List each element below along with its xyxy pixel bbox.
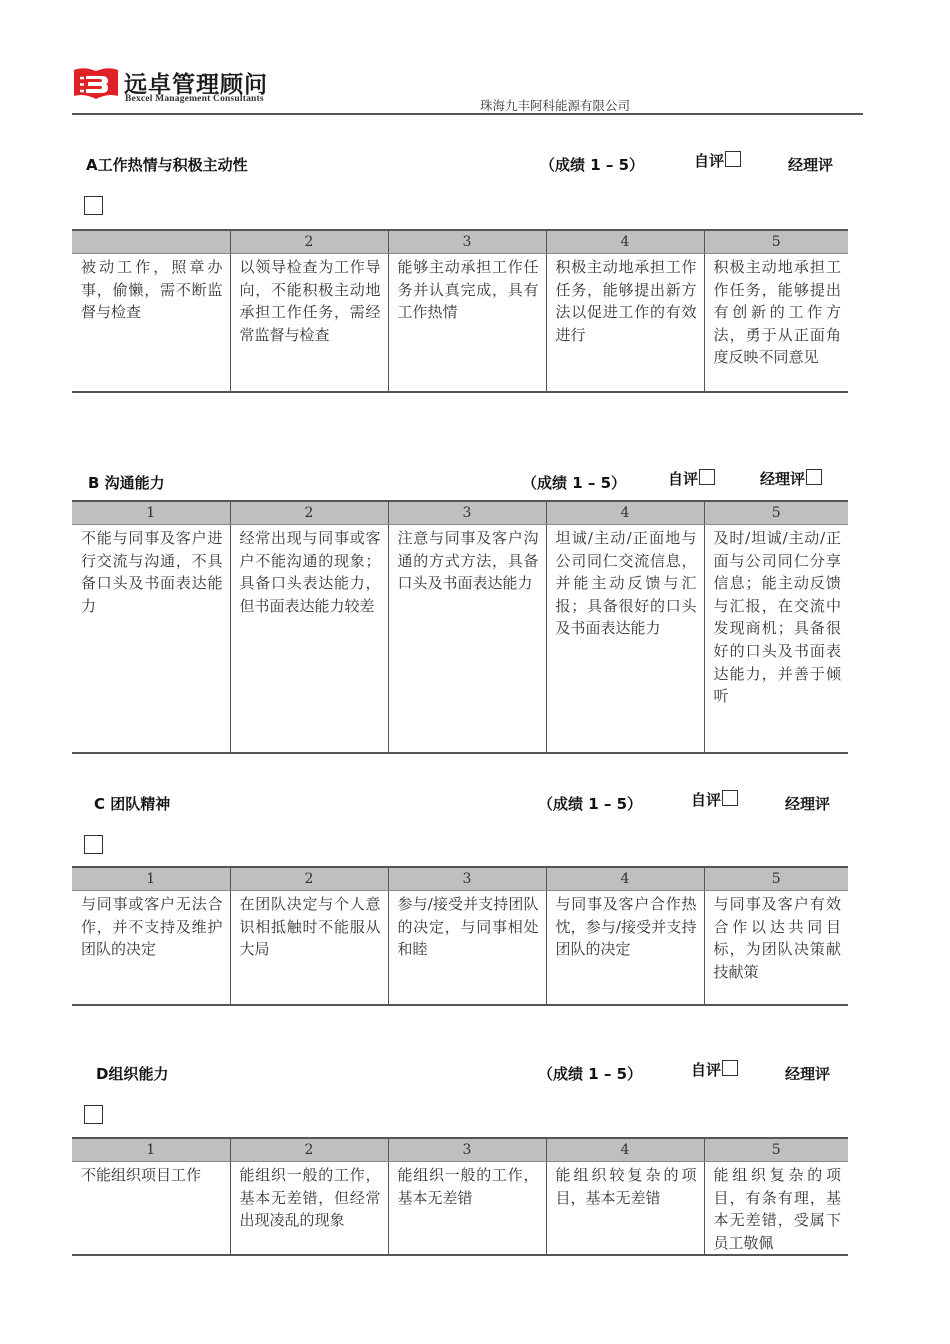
level-header: 2 [230, 501, 388, 525]
header-divider [72, 113, 863, 115]
section-c-manager-checkbox[interactable] [84, 835, 103, 854]
section-a-manager-label: 经理评 [788, 154, 833, 175]
level-header [72, 230, 230, 254]
company-name: 珠海九丰阿科能源有限公司 [480, 96, 630, 114]
table-row: 被动工作，照章办事，偷懒，需不断监督与检查 以领导检查为工作导向，不能积极主动地… [72, 254, 848, 392]
level-header: 4 [546, 1138, 704, 1162]
section-c-title: C 团队精神 [94, 793, 170, 814]
level-header: 5 [704, 867, 848, 891]
level-description: 注意与同事及客户沟通的方式方法，具备口头及书面表达能力 [388, 525, 546, 753]
logo-text-en: Bexcel Management Consultants [125, 94, 264, 104]
section-c-manager-label: 经理评 [785, 793, 830, 814]
level-description: 不能与同事及客户进行交流与沟通，不具备口头及书面表达能力 [72, 525, 230, 753]
section-d-self-rating: 自评 [691, 1059, 738, 1080]
level-header: 2 [230, 230, 388, 254]
section-b-title: B 沟通能力 [88, 472, 165, 493]
table-header-row: 1 2 3 4 5 [72, 501, 848, 525]
section-b-rubric-table: 1 2 3 4 5 不能与同事及客户进行交流与沟通，不具备口头及书面表达能力 经… [72, 500, 848, 754]
level-description: 不能组织项目工作 [72, 1162, 230, 1256]
self-rating-checkbox[interactable] [725, 151, 741, 167]
self-rating-label: 自评 [691, 791, 721, 809]
table-row: 不能与同事及客户进行交流与沟通，不具备口头及书面表达能力 经常出现与同事或客户不… [72, 525, 848, 753]
level-header: 3 [388, 501, 546, 525]
section-d-title: D组织能力 [96, 1063, 168, 1084]
self-rating-checkbox[interactable] [699, 469, 715, 485]
level-header: 4 [546, 230, 704, 254]
level-description: 与同事或客户无法合作，并不支持及维护团队的决定 [72, 891, 230, 1005]
section-d-manager-label: 经理评 [785, 1063, 830, 1084]
level-header: 4 [546, 501, 704, 525]
level-description: 能组织较复杂的项目，基本无差错 [546, 1162, 704, 1256]
manager-rating-checkbox[interactable] [806, 469, 822, 485]
table-header-row: 1 2 3 4 5 [72, 1138, 848, 1162]
level-description: 积极主动地承担工作任务，能够提出有创新的工作方法，勇于从正面角度反映不同意见 [704, 254, 848, 392]
level-header: 5 [704, 501, 848, 525]
level-description: 能组织一般的工作，基本无差错，但经常出现凌乱的现象 [230, 1162, 388, 1256]
level-description: 能组织复杂的项目，有条有理，基本无差错，受属下员工敬佩 [704, 1162, 848, 1256]
level-description: 能够主动承担工作任务并认真完成，具有工作热情 [388, 254, 546, 392]
table-row: 不能组织项目工作 能组织一般的工作，基本无差错，但经常出现凌乱的现象 能组织一般… [72, 1162, 848, 1256]
section-b-score-range: （成绩 1 – 5） [522, 472, 626, 493]
level-description: 在团队决定与个人意识相抵触时不能服从大局 [230, 891, 388, 1005]
level-description: 与同事及客户合作热忱，参与/接受并支持团队的决定 [546, 891, 704, 1005]
section-d-manager-checkbox[interactable] [84, 1105, 103, 1124]
self-rating-label: 自评 [668, 470, 698, 488]
level-description: 经常出现与同事或客户不能沟通的现象；具备口头表达能力，但书面表达能力较差 [230, 525, 388, 753]
self-rating-label: 自评 [691, 1061, 721, 1079]
table-header-row: 2 3 4 5 [72, 230, 848, 254]
level-header: 1 [72, 867, 230, 891]
level-description: 坦诚/主动/正面地与公司同仁交流信息，并能主动反馈与汇报；具备很好的口头及书面表… [546, 525, 704, 753]
level-header: 2 [230, 867, 388, 891]
section-b-manager-rating: 经理评 [760, 468, 822, 489]
section-d-rubric-table: 1 2 3 4 5 不能组织项目工作 能组织一般的工作，基本无差错，但经常出现凌… [72, 1137, 848, 1256]
section-a-manager-checkbox[interactable] [84, 196, 103, 215]
section-c-score-range: （成绩 1 – 5） [538, 793, 642, 814]
table-row: 与同事或客户无法合作，并不支持及维护团队的决定 在团队决定与个人意识相抵触时不能… [72, 891, 848, 1005]
self-rating-checkbox[interactable] [722, 1060, 738, 1076]
level-header: 1 [72, 501, 230, 525]
section-a-title: A工作热情与积极主动性 [86, 154, 248, 175]
table-header-row: 1 2 3 4 5 [72, 867, 848, 891]
level-header: 3 [388, 230, 546, 254]
level-header: 5 [704, 1138, 848, 1162]
level-header: 1 [72, 1138, 230, 1162]
section-c-rubric-table: 1 2 3 4 5 与同事或客户无法合作，并不支持及维护团队的决定 在团队决定与… [72, 866, 848, 1006]
level-header: 5 [704, 230, 848, 254]
section-d-score-range: （成绩 1 – 5） [538, 1063, 642, 1084]
level-header: 3 [388, 1138, 546, 1162]
level-description: 以领导检查为工作导向，不能积极主动地承担工作任务，需经常监督与检查 [230, 254, 388, 392]
level-description: 积极主动地承担工作任务，能够提出新方法以促进工作的有效进行 [546, 254, 704, 392]
self-rating-checkbox[interactable] [722, 790, 738, 806]
section-a-rubric-table: 2 3 4 5 被动工作，照章办事，偷懒，需不断监督与检查 以领导检查为工作导向… [72, 229, 848, 393]
section-c-self-rating: 自评 [691, 789, 738, 810]
level-description: 参与/接受并支持团队的决定，与同事相处和睦 [388, 891, 546, 1005]
logo-icon [72, 66, 120, 102]
self-rating-label: 自评 [694, 152, 724, 170]
section-b-self-rating: 自评 [668, 468, 715, 489]
manager-rating-label: 经理评 [760, 470, 805, 488]
level-description: 被动工作，照章办事，偷懒，需不断监督与检查 [72, 254, 230, 392]
level-header: 3 [388, 867, 546, 891]
section-a-score-range: （成绩 1 – 5） [540, 154, 644, 175]
section-a-self-rating: 自评 [694, 150, 741, 171]
level-header: 2 [230, 1138, 388, 1162]
level-description: 能组织一般的工作，基本无差错 [388, 1162, 546, 1256]
level-description: 及时/坦诚/主动/正面与公司同仁分享信息；能主动反馈与汇报，在交流中发现商机；具… [704, 525, 848, 753]
level-description: 与同事及客户有效合作以达共同目标，为团队决策献技献策 [704, 891, 848, 1005]
level-header: 4 [546, 867, 704, 891]
